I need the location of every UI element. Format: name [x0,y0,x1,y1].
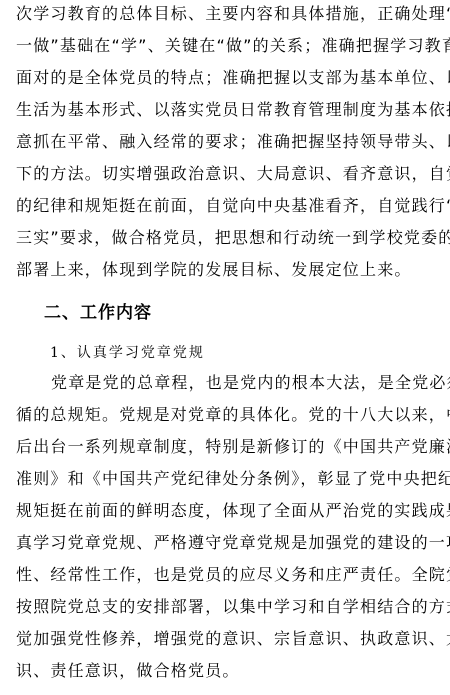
paragraph-line: 意抓在平常、融入经常的要求；准确把握坚持领导带头、以上率 [16,126,432,158]
document-page: 次学习教育的总体目标、主要内容和具体措施，正确处理“两学 一做”基础在“学”、关… [0,0,450,695]
paragraph-line: 面对的是全体党员的特点；准确把握以支部为基本单位、以组织 [16,62,432,94]
paragraph-line: 按照院党总支的安排部署，以集中学习和自学相结合的方式，自 [16,591,432,623]
paragraph-line: 部署上来，体现到学院的发展目标、发展定位上来。 [16,254,432,286]
paragraph-line: 觉加强党性修养，增强党的意识、宗旨意识、执政意识、大局意 [16,623,432,655]
paragraph-line: 循的总规矩。党规是对党章的具体化。党的十八大以来，中央先 [16,399,432,431]
paragraph-line: 真学习党章党规、严格遵守党章党规是加强党的建设的一项基础 [16,527,432,559]
paragraph-line: 党章是党的总章程，也是党内的根本大法，是全党必须遵 [51,367,432,399]
section-heading: 二、工作内容 [44,297,152,329]
paragraph-line: 后出台一系列规章制度，特别是新修订的《中国共产党廉洁自律 [16,431,432,463]
paragraph-line: 三实”要求，做合格党员，把思想和行动统一到学校党委的决策 [16,222,432,254]
paragraph-line: 一做”基础在“学”、关键在“做”的关系；准确把握学习教育 [16,30,432,62]
subsection-heading: 1、认真学习党章党规 [50,339,205,367]
paragraph-line: 规矩挺在前面的鲜明态度，体现了全面从严治党的实践成果。认 [16,495,432,527]
paragraph-line: 识、责任意识，做合格党员。 [16,655,432,687]
paragraph-line: 下的方法。切实增强政治意识、大局意识、看齐意识，自觉把党 [16,158,432,190]
paragraph-line: 生活为基本形式、以落实党员日常教育管理制度为基本依托，注 [16,94,432,126]
paragraph-line: 次学习教育的总体目标、主要内容和具体措施，正确处理“两学 [16,0,432,30]
paragraph-line: 性、经常性工作，也是党员的应尽义务和庄严责任。全院党员要 [16,559,432,591]
paragraph-line: 准则》和《中国共产党纪律处分条例》，彰显了党中央把纪律和 [16,463,432,495]
paragraph-line: 的纪律和规矩挺在前面，自觉向中央基准看齐，自觉践行“三严 [16,190,432,222]
